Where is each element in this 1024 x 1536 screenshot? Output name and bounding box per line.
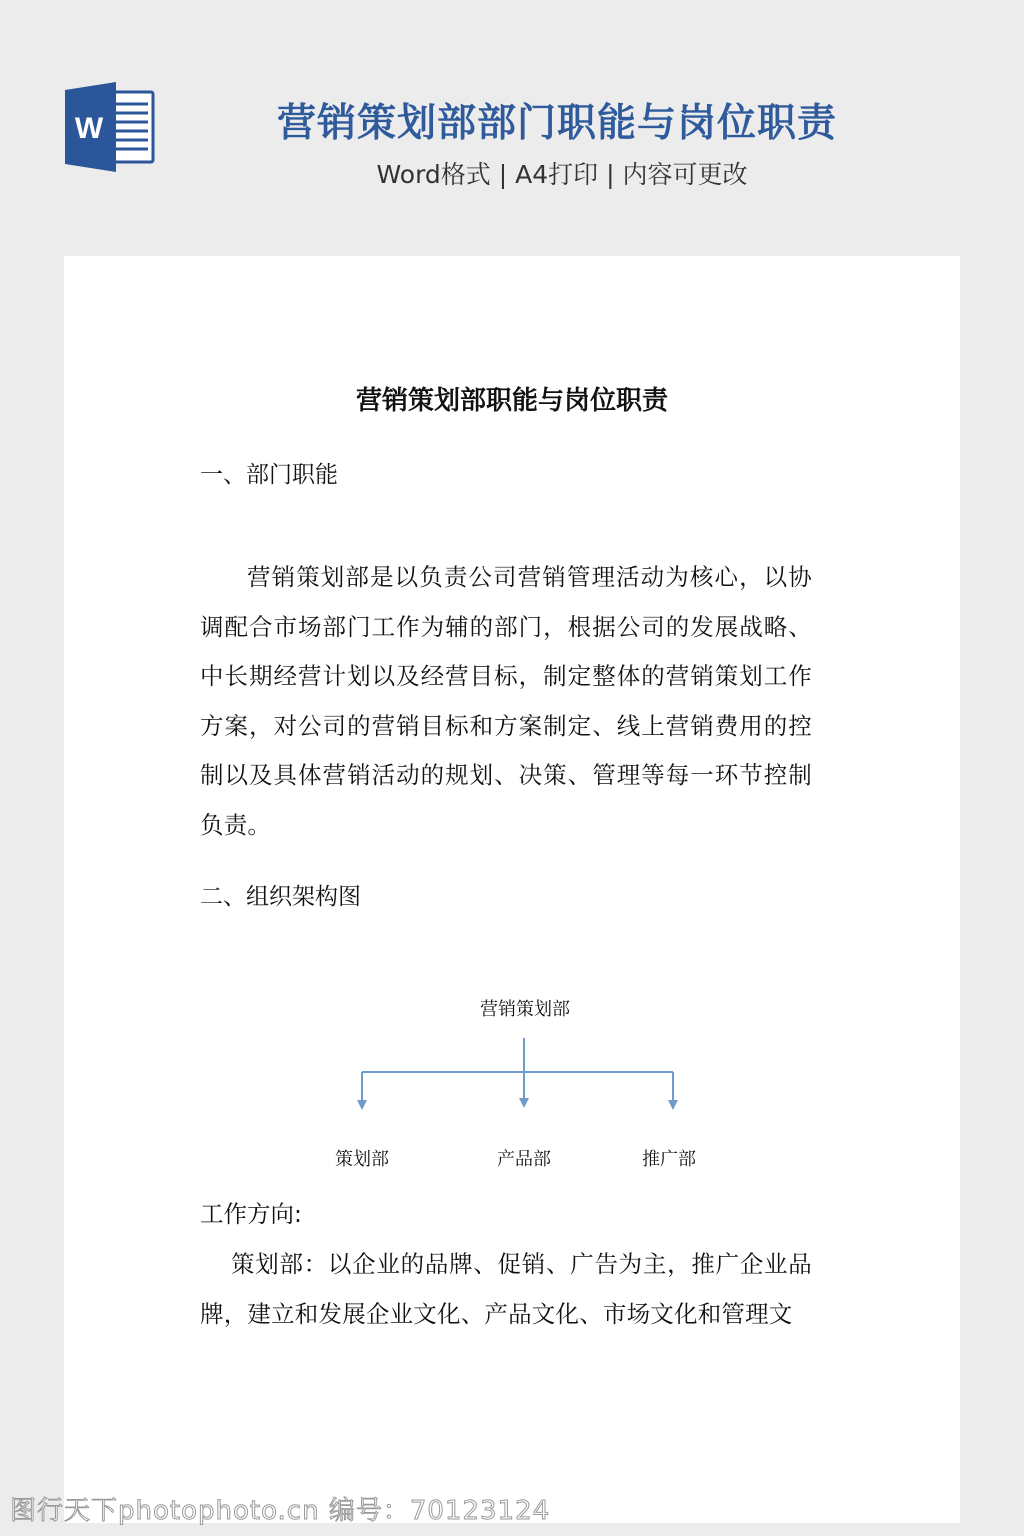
functions-paragraph: 营销策划部是以负责公司营销管理活动为核心，以协调配合市场部门工作为辅的部门，根据…	[200, 553, 812, 850]
header-subtitle: Word格式 | A4打印 | 内容可更改	[0, 155, 1024, 191]
org-child-planning: 策划部	[302, 1145, 422, 1171]
arrow-down-icon	[519, 1098, 529, 1108]
work-direction-paragraph: 策划部：以企业的品牌、促销、广告为主，推广企业品牌，建立和发展企业文化、产品文化…	[200, 1240, 812, 1339]
document-title: 营销策划部职能与岗位职责	[0, 380, 1024, 417]
org-connectors	[340, 1030, 700, 1120]
header-title: 营销策划部部门职能与岗位职责	[0, 92, 1024, 148]
org-child-promotion: 推广部	[609, 1145, 729, 1171]
org-root-label: 营销策划部	[465, 995, 585, 1021]
section-heading-functions: 一、部门职能	[200, 456, 338, 489]
org-child-product: 产品部	[464, 1145, 584, 1171]
section-heading-org-chart: 二、组织架构图	[200, 878, 361, 911]
work-direction-label: 工作方向:	[200, 1195, 302, 1229]
watermark: 图行天下photophoto.cn 编号：70123124	[10, 1490, 550, 1527]
arrow-down-icon	[357, 1100, 367, 1110]
arrow-down-icon	[668, 1100, 678, 1110]
